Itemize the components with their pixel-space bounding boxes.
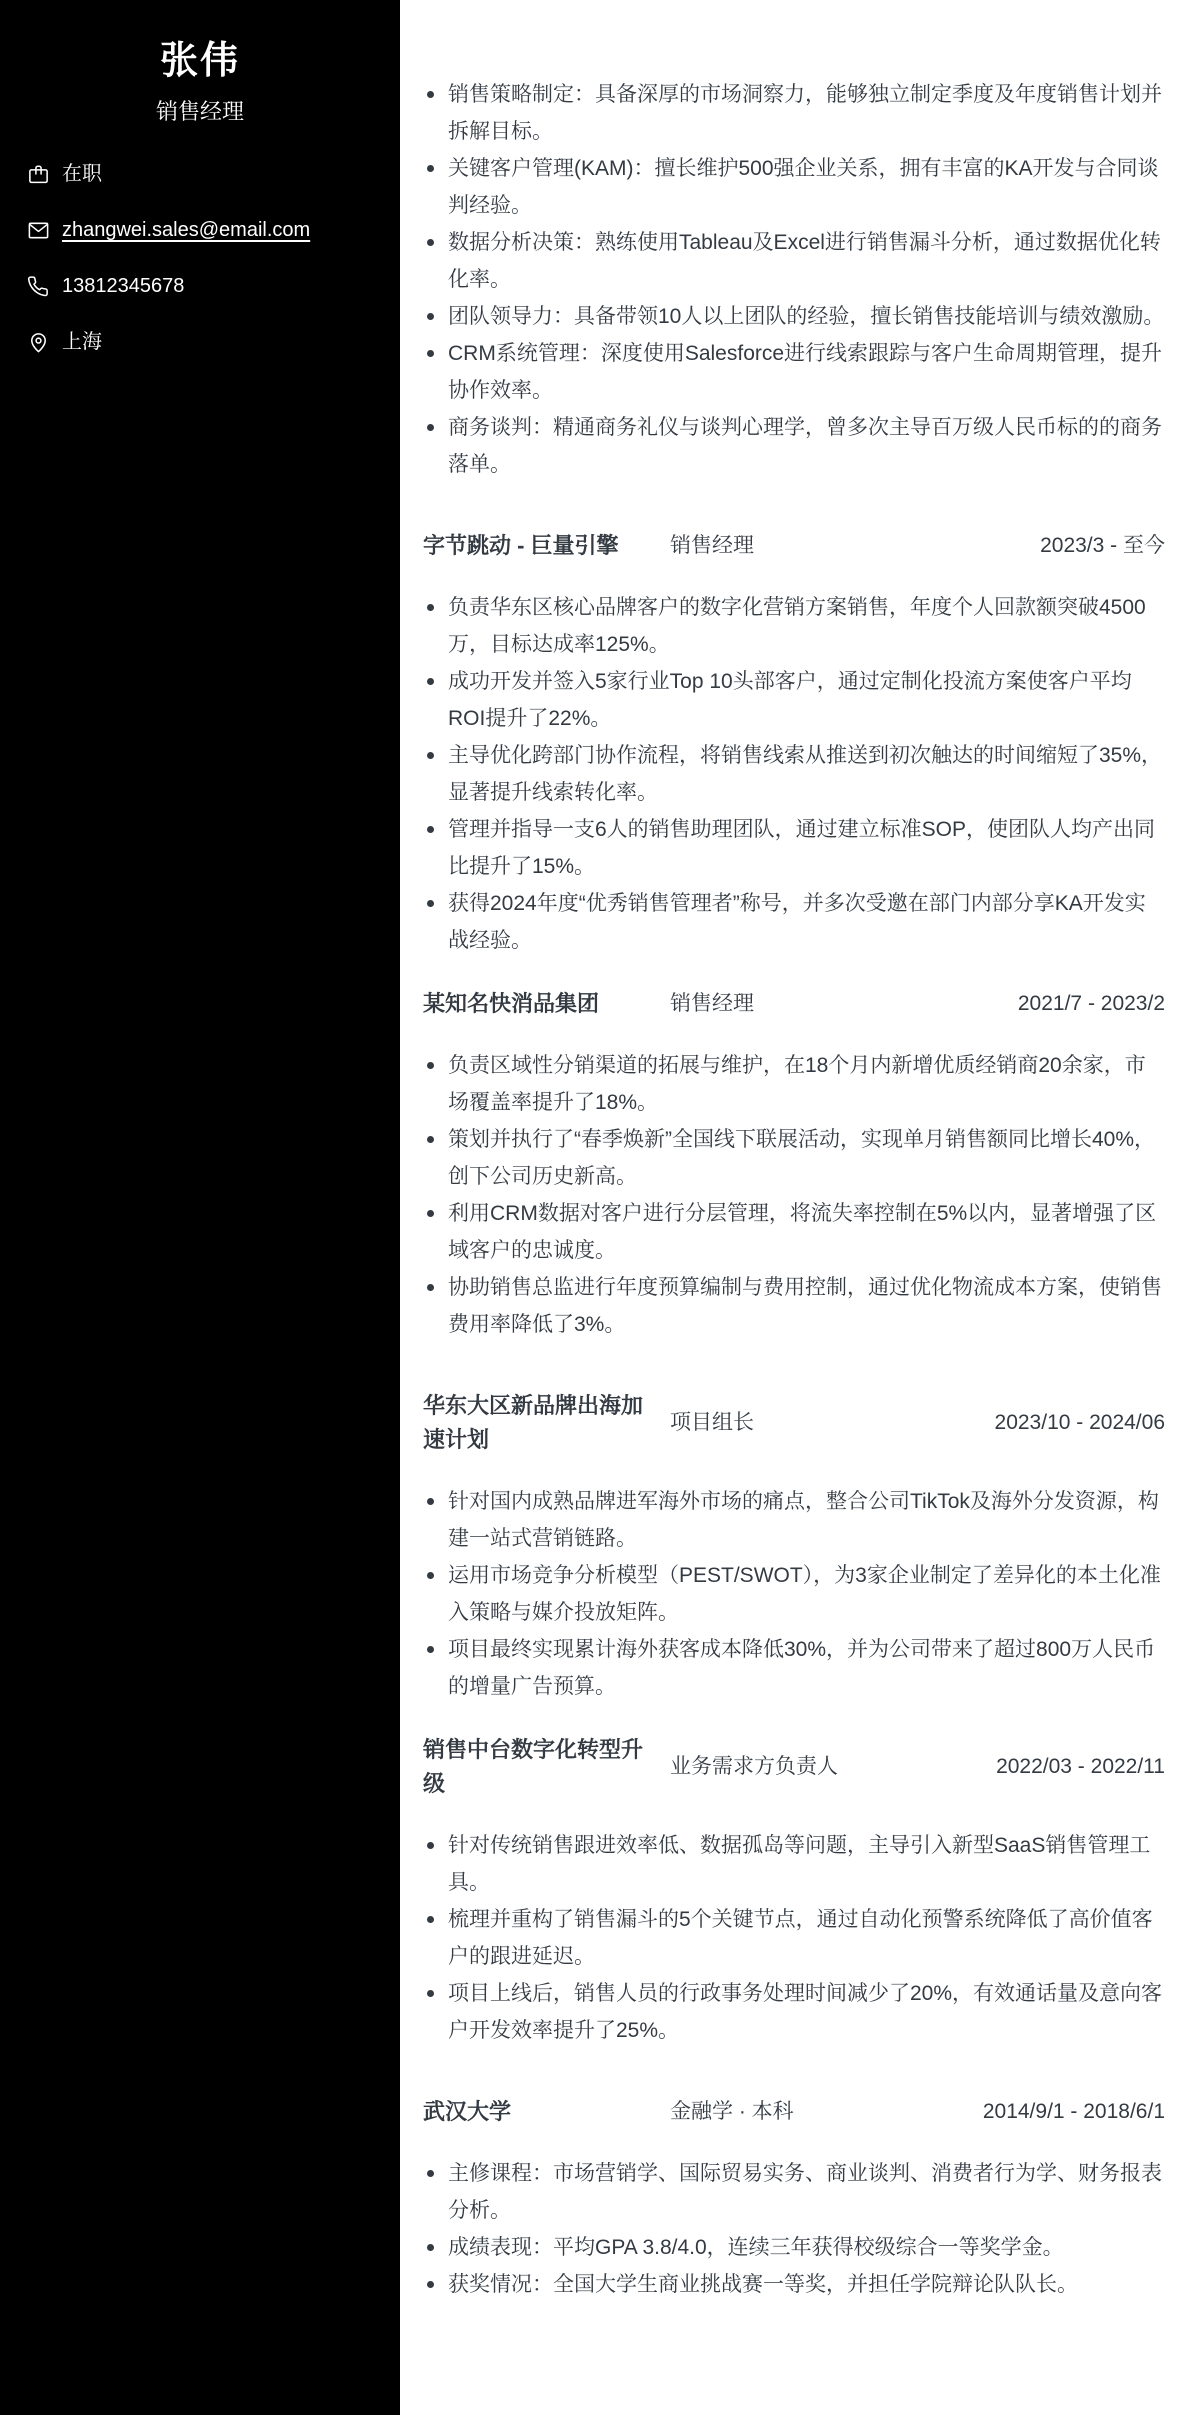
job-role: 销售经理 <box>648 529 1040 563</box>
employment-status-text: 在职 <box>62 162 102 186</box>
project-entry: 销售中台数字化转型升级 业务需求方负责人 2022/03 - 2022/11 针… <box>423 1733 1165 2049</box>
email-text[interactable]: zhangwei.sales@email.com <box>62 218 310 242</box>
experience-section: 字节跳动 - 巨量引擎 销售经理 2023/3 - 至今 负责华东区核心品牌客户… <box>423 529 1165 1343</box>
bullet-item: 销售策略制定：具备深厚的市场洞察力，能够独立制定季度及年度销售计划并拆解目标。 <box>423 76 1165 150</box>
project-role: 项目组长 <box>648 1406 995 1440</box>
mail-icon <box>27 219 50 242</box>
bullet-item: 运用市场竞争分析模型（PEST/SWOT），为3家企业制定了差异化的本土化准入策… <box>423 1557 1165 1631</box>
bullet-item: 负责华东区核心品牌客户的数字化营销方案销售，年度个人回款额突破4500万，目标达… <box>423 589 1165 663</box>
project-entry-header: 销售中台数字化转型升级 业务需求方负责人 2022/03 - 2022/11 <box>423 1733 1165 1801</box>
date-range: 2014/9/1 - 2018/6/1 <box>983 2095 1165 2129</box>
project-bullet-list: 针对传统销售跟进效率低、数据孤岛等问题，主导引入新型SaaS销售管理工具。 梳理… <box>423 1827 1165 2049</box>
summary-bullet-list: 销售策略制定：具备深厚的市场洞察力，能够独立制定季度及年度销售计划并拆解目标。 … <box>423 76 1165 483</box>
location-text: 上海 <box>62 330 102 354</box>
bullet-item: CRM系统管理：深度使用Salesforce进行线索跟踪与客户生命周期管理，提升… <box>423 335 1165 409</box>
bullet-item: 管理并指导一支6人的销售助理团队，通过建立标准SOP，使团队人均产出同比提升了1… <box>423 811 1165 885</box>
summary-section: 销售策略制定：具备深厚的市场洞察力，能够独立制定季度及年度销售计划并拆解目标。 … <box>423 76 1165 483</box>
bullet-item: 商务谈判：精通商务礼仪与谈判心理学，曾多次主导百万级人民币标的的商务落单。 <box>423 409 1165 483</box>
bullet-item: 主修课程：市场营销学、国际贸易实务、商业谈判、消费者行为学、财务报表分析。 <box>423 2155 1165 2229</box>
bullet-item: 团队领导力：具备带领10人以上团队的经验，擅长销售技能培训与绩效激励。 <box>423 298 1165 335</box>
experience-bullet-list: 负责华东区核心品牌客户的数字化营销方案销售，年度个人回款额突破4500万，目标达… <box>423 589 1165 959</box>
resume-sidebar: 张伟 销售经理 在职 <box>0 0 400 2415</box>
phone-icon <box>27 275 50 298</box>
project-name: 销售中台数字化转型升级 <box>423 1733 648 1801</box>
date-range: 2023/10 - 2024/06 <box>995 1406 1165 1440</box>
phone-text: 13812345678 <box>62 274 184 298</box>
bullet-item: 数据分析决策：熟练使用Tableau及Excel进行销售漏斗分析，通过数据优化转… <box>423 224 1165 298</box>
candidate-name: 张伟 <box>0 38 400 84</box>
experience-entry: 字节跳动 - 巨量引擎 销售经理 2023/3 - 至今 负责华东区核心品牌客户… <box>423 529 1165 959</box>
location-icon <box>27 331 50 354</box>
bullet-item: 策划并执行了“春季焕新”全国线下联展活动，实现单月销售额同比增长40%，创下公司… <box>423 1121 1165 1195</box>
experience-entry: 某知名快消品集团 销售经理 2021/7 - 2023/2 负责区域性分销渠道的… <box>423 987 1165 1343</box>
projects-section: 华东大区新品牌出海加速计划 项目组长 2023/10 - 2024/06 针对国… <box>423 1389 1165 2049</box>
bullet-item: 负责区域性分销渠道的拓展与维护，在18个月内新增优质经销商20余家，市场覆盖率提… <box>423 1047 1165 1121</box>
bullet-item: 协助销售总监进行年度预算编制与费用控制，通过优化物流成本方案，使销售费用率降低了… <box>423 1269 1165 1343</box>
project-bullet-list: 针对国内成熟品牌进军海外市场的痛点，整合公司TikTok及海外分发资源，构建一站… <box>423 1483 1165 1705</box>
experience-entry-header: 某知名快消品集团 销售经理 2021/7 - 2023/2 <box>423 987 1165 1021</box>
bullet-item: 项目最终实现累计海外获客成本降低30%，并为公司带来了超过800万人民币的增量广… <box>423 1631 1165 1705</box>
degree-name: 金融学 · 本科 <box>648 2095 983 2129</box>
bullet-item: 针对国内成熟品牌进军海外市场的痛点，整合公司TikTok及海外分发资源，构建一站… <box>423 1483 1165 1557</box>
company-name: 字节跳动 - 巨量引擎 <box>423 529 648 563</box>
resume-content: 销售策略制定：具备深厚的市场洞察力，能够独立制定季度及年度销售计划并拆解目标。 … <box>400 0 1191 2415</box>
project-entry: 华东大区新品牌出海加速计划 项目组长 2023/10 - 2024/06 针对国… <box>423 1389 1165 1705</box>
education-bullet-list: 主修课程：市场营销学、国际贸易实务、商业谈判、消费者行为学、财务报表分析。 成绩… <box>423 2155 1165 2303</box>
date-range: 2021/7 - 2023/2 <box>1018 987 1165 1021</box>
project-name: 华东大区新品牌出海加速计划 <box>423 1389 648 1457</box>
bullet-item: 成功开发并签入5家行业Top 10头部客户，通过定制化投流方案使客户平均ROI提… <box>423 663 1165 737</box>
bullet-item: 成绩表现：平均GPA 3.8/4.0，连续三年获得校级综合一等奖学金。 <box>423 2229 1165 2266</box>
resume-page: 张伟 销售经理 在职 <box>0 0 1191 2415</box>
education-entry: 武汉大学 金融学 · 本科 2014/9/1 - 2018/6/1 主修课程：市… <box>423 2095 1165 2303</box>
project-role: 业务需求方负责人 <box>648 1750 996 1784</box>
contact-row-phone: 13812345678 <box>27 274 384 298</box>
date-range: 2023/3 - 至今 <box>1040 529 1165 563</box>
bullet-item: 利用CRM数据对客户进行分层管理，将流失率控制在5%以内，显著增强了区域客户的忠… <box>423 1195 1165 1269</box>
bullet-item: 针对传统销售跟进效率低、数据孤岛等问题，主导引入新型SaaS销售管理工具。 <box>423 1827 1165 1901</box>
experience-entry-header: 字节跳动 - 巨量引擎 销售经理 2023/3 - 至今 <box>423 529 1165 563</box>
contact-list: 在职 zhangwei.sales@email.com 1381234 <box>0 162 400 354</box>
contact-row-employment-status: 在职 <box>27 162 384 186</box>
bullet-item: 获得2024年度“优秀销售管理者”称号，并多次受邀在部门内部分享KA开发实战经验… <box>423 885 1165 959</box>
candidate-job-title: 销售经理 <box>0 98 400 126</box>
experience-bullet-list: 负责区域性分销渠道的拓展与维护，在18个月内新增优质经销商20余家，市场覆盖率提… <box>423 1047 1165 1343</box>
education-entry-header: 武汉大学 金融学 · 本科 2014/9/1 - 2018/6/1 <box>423 2095 1165 2129</box>
project-entry-header: 华东大区新品牌出海加速计划 项目组长 2023/10 - 2024/06 <box>423 1389 1165 1457</box>
education-section: 武汉大学 金融学 · 本科 2014/9/1 - 2018/6/1 主修课程：市… <box>423 2095 1165 2303</box>
company-name: 某知名快消品集团 <box>423 987 648 1021</box>
contact-row-location: 上海 <box>27 330 384 354</box>
bullet-item: 关键客户管理(KAM)：擅长维护500强企业关系，拥有丰富的KA开发与合同谈判经… <box>423 150 1165 224</box>
job-role: 销售经理 <box>648 987 1018 1021</box>
bullet-item: 梳理并重构了销售漏斗的5个关键节点，通过自动化预警系统降低了高价值客户的跟进延迟… <box>423 1901 1165 1975</box>
school-name: 武汉大学 <box>423 2095 648 2129</box>
bullet-item: 主导优化跨部门协作流程，将销售线索从推送到初次触达的时间缩短了35%，显著提升线… <box>423 737 1165 811</box>
bullet-item: 项目上线后，销售人员的行政事务处理时间减少了20%，有效通话量及意向客户开发效率… <box>423 1975 1165 2049</box>
bullet-item: 获奖情况：全国大学生商业挑战赛一等奖，并担任学院辩论队队长。 <box>423 2266 1165 2303</box>
contact-row-email[interactable]: zhangwei.sales@email.com <box>27 218 384 242</box>
date-range: 2022/03 - 2022/11 <box>996 1750 1165 1784</box>
briefcase-icon <box>27 163 50 186</box>
